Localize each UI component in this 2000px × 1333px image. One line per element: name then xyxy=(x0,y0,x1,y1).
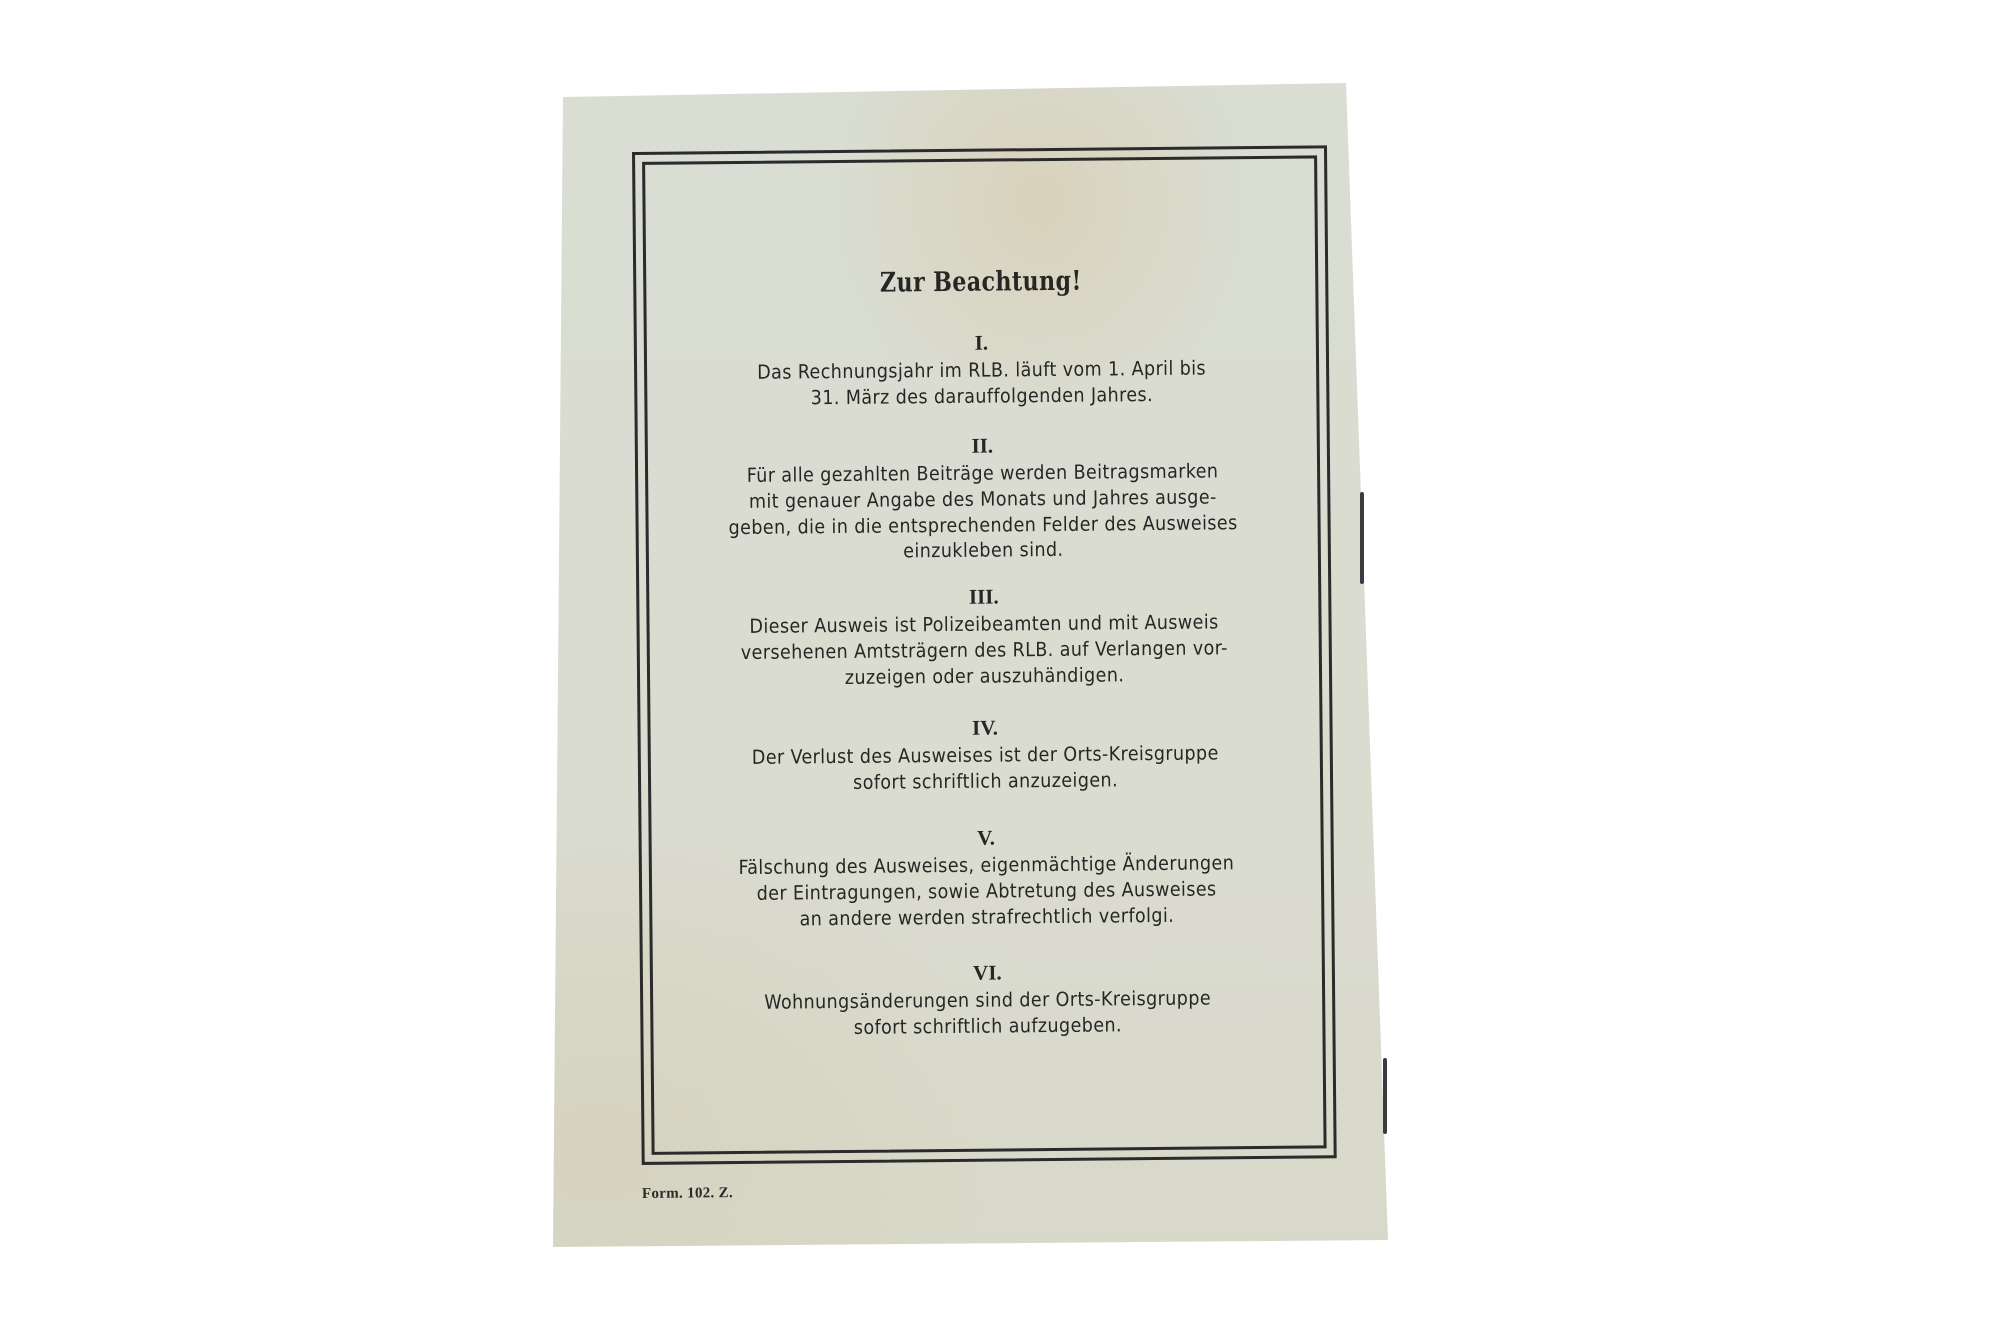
section-numeral: VI. xyxy=(664,958,1311,988)
section-2: II. Für alle gezahlten Beiträge werden B… xyxy=(659,431,1307,567)
section-numeral: III. xyxy=(660,582,1307,612)
section-numeral: II. xyxy=(659,431,1306,461)
form-number: Form. 102. Z. xyxy=(642,1185,733,1203)
section-1: I. Das Rechnungsjahr im RLB. läuft vom 1… xyxy=(658,328,1306,413)
section-4: IV. Der Verlust des Ausweises ist der Or… xyxy=(661,713,1309,798)
printed-area: Zur Beachtung! I. Das Rechnungsjahr im R… xyxy=(632,145,1337,1165)
section-numeral: IV. xyxy=(661,713,1308,743)
page-title: Zur Beachtung! xyxy=(715,264,1246,300)
section-6: VI. Wohnungsänderungen sind der Orts-Kre… xyxy=(664,958,1312,1043)
staple-mark xyxy=(1383,1058,1387,1134)
staple-mark xyxy=(1360,492,1364,584)
section-3: III. Dieser Ausweis ist Polizeibeamten u… xyxy=(660,582,1308,693)
section-5: V. Fälschung des Ausweises, eigenmächtig… xyxy=(662,823,1310,934)
section-numeral: I. xyxy=(658,328,1305,358)
section-numeral: V. xyxy=(662,823,1309,853)
